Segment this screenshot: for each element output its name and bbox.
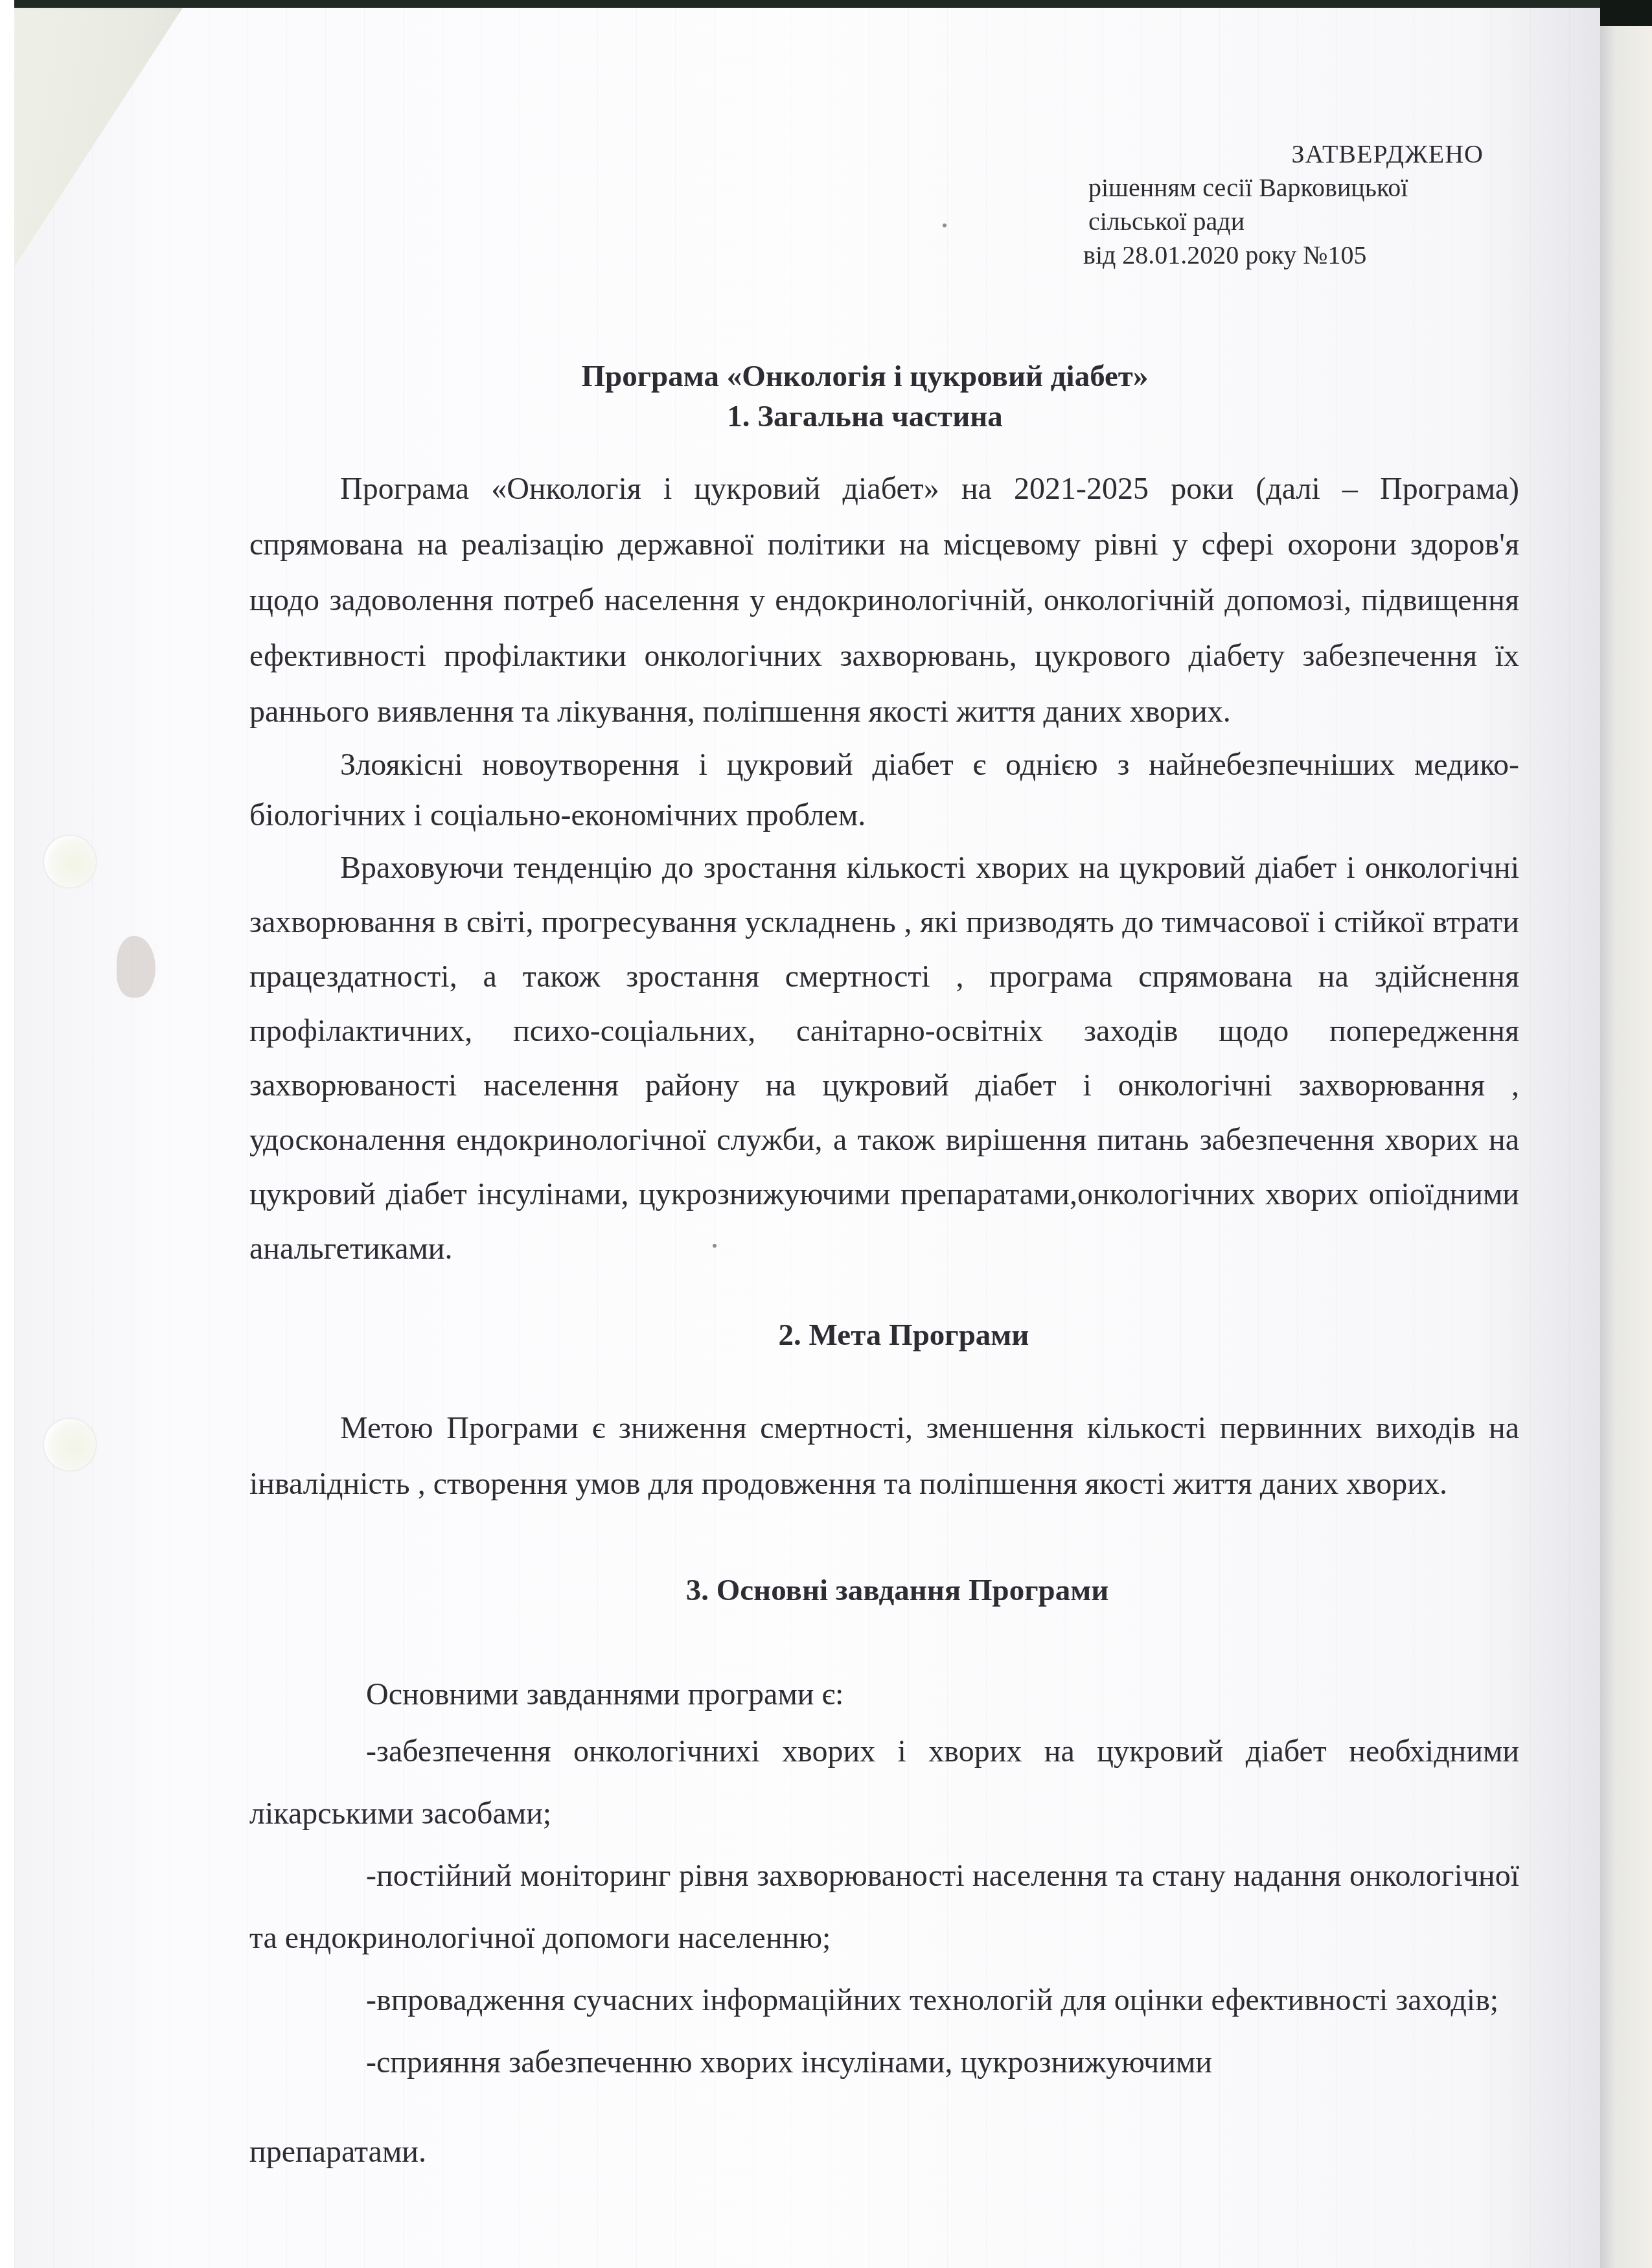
task-item: -впровадження сучасних інформаційних тех…	[249, 1969, 1519, 2032]
task-item: -сприяння забезпеченню хворих інсулінами…	[249, 2032, 1519, 2094]
approval-line-session: рішенням сесії Варковицької	[1088, 171, 1509, 205]
section-heading: 3. Основні завдання Програми	[249, 1570, 1519, 1610]
paragraph: Враховуючи тенденцію до зростання кілько…	[249, 841, 1519, 1276]
document-body: Програма «Онкологія і цукровий діабет» 1…	[249, 356, 1519, 2178]
task-item: -забезпечення онкологічнихі хворих і хво…	[249, 1721, 1519, 1845]
paper-stain	[117, 936, 155, 998]
punch-hole-icon	[44, 1419, 96, 1471]
section-general: 1. Загальна частина Програма «Онкологія …	[249, 396, 1519, 1276]
punch-hole-icon	[44, 836, 96, 888]
paragraph: Злоякісні новоутворення і цукровий діабе…	[249, 740, 1519, 841]
page-right-edge	[1600, 26, 1652, 2268]
section-heading: 1. Загальна частина	[249, 396, 1519, 437]
dust-speck	[943, 223, 946, 227]
section-goal: 2. Мета Програми Метою Програми є знижен…	[249, 1315, 1519, 1512]
approval-line-council: сільської ради	[1088, 205, 1509, 238]
task-item-continuation: препаратами.	[249, 2126, 1519, 2178]
document-title: Програма «Онкологія і цукровий діабет»	[249, 356, 1519, 396]
approval-line-date: від 28.01.2020 року №105	[1083, 238, 1509, 272]
approval-title: ЗАТВЕРДЖЕНО	[1088, 137, 1509, 171]
scan-left-margin	[0, 0, 14, 2268]
paragraph: Програма «Онкологія і цукровий діабет» н…	[249, 461, 1519, 740]
task-item: -постійний моніторинг рівня захворюванос…	[249, 1845, 1519, 1969]
tasks-intro: Основними завданнями програми є:	[249, 1669, 1519, 1721]
approval-block: ЗАТВЕРДЖЕНО рішенням сесії Варковицької …	[1088, 137, 1509, 272]
scanner-bed-edge	[0, 0, 1652, 8]
section-tasks: 3. Основні завдання Програми Основними з…	[249, 1570, 1519, 2178]
scanner-bed-corner	[1600, 0, 1652, 29]
section-heading: 2. Мета Програми	[249, 1315, 1519, 1355]
paragraph: Метою Програми є зниження смертності, зм…	[249, 1401, 1519, 1512]
